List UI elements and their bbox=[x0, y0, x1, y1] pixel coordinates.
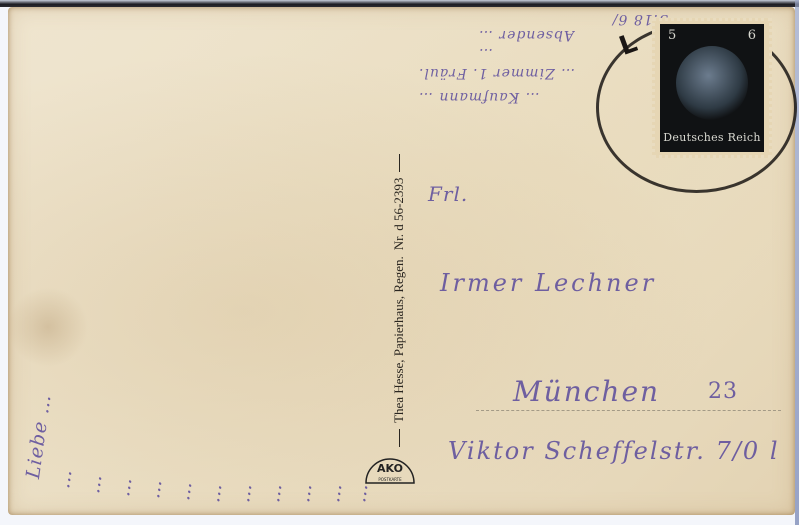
portrait-icon bbox=[676, 46, 748, 120]
message-line: … bbox=[112, 475, 137, 498]
printer-imprint: Thea Hesse, Papierhaus, Regen. Nr. d 56-… bbox=[391, 154, 407, 447]
postage-stamp: 5 6 Deutsches Reich bbox=[652, 18, 772, 158]
message-line: … bbox=[52, 467, 77, 490]
message-line: … bbox=[322, 481, 347, 504]
message-line: … bbox=[232, 481, 257, 504]
address-street: Viktor Scheffelstr. 7/0 l bbox=[448, 437, 780, 465]
scan-top-edge bbox=[0, 0, 799, 7]
publisher-text: Thea Hesse, Papierhaus, Regen. bbox=[391, 256, 407, 423]
message-line: … bbox=[262, 481, 287, 504]
stamp-value-left: 5 bbox=[668, 28, 676, 43]
message-line: … bbox=[172, 479, 197, 502]
address-city: München bbox=[513, 375, 660, 408]
address-name: Irmer Lechner bbox=[440, 269, 656, 297]
svg-text:POSTKARTE: POSTKARTE bbox=[378, 477, 402, 482]
scan-right-edge bbox=[795, 0, 799, 525]
upside-down-line: … bbox=[478, 45, 493, 61]
address-line-divider bbox=[476, 410, 781, 411]
message-line: … bbox=[142, 477, 167, 500]
imprint-number: Nr. d 56-2393 bbox=[391, 178, 407, 251]
address-postal-district: 23 bbox=[708, 379, 738, 404]
message-line: … bbox=[292, 481, 317, 504]
svg-text:AKO: AKO bbox=[377, 462, 403, 475]
upside-down-line: … Zimmer 1. Fräul. bbox=[418, 65, 575, 81]
message-line: … bbox=[82, 472, 107, 495]
upside-down-line: … Kaufmann … bbox=[418, 89, 540, 105]
stamp-value-right: 6 bbox=[748, 28, 756, 43]
ako-logo-icon: AKO POSTKARTE bbox=[364, 455, 416, 485]
message-line: … bbox=[202, 481, 227, 504]
address-salutation: Frl. bbox=[428, 182, 468, 206]
upside-down-line: Absender … bbox=[478, 27, 574, 43]
message-line: Liebe … bbox=[22, 392, 56, 480]
upside-down-date: 3.18 6/ bbox=[408, 11, 668, 27]
stamp-caption: Deutsches Reich bbox=[660, 131, 764, 144]
